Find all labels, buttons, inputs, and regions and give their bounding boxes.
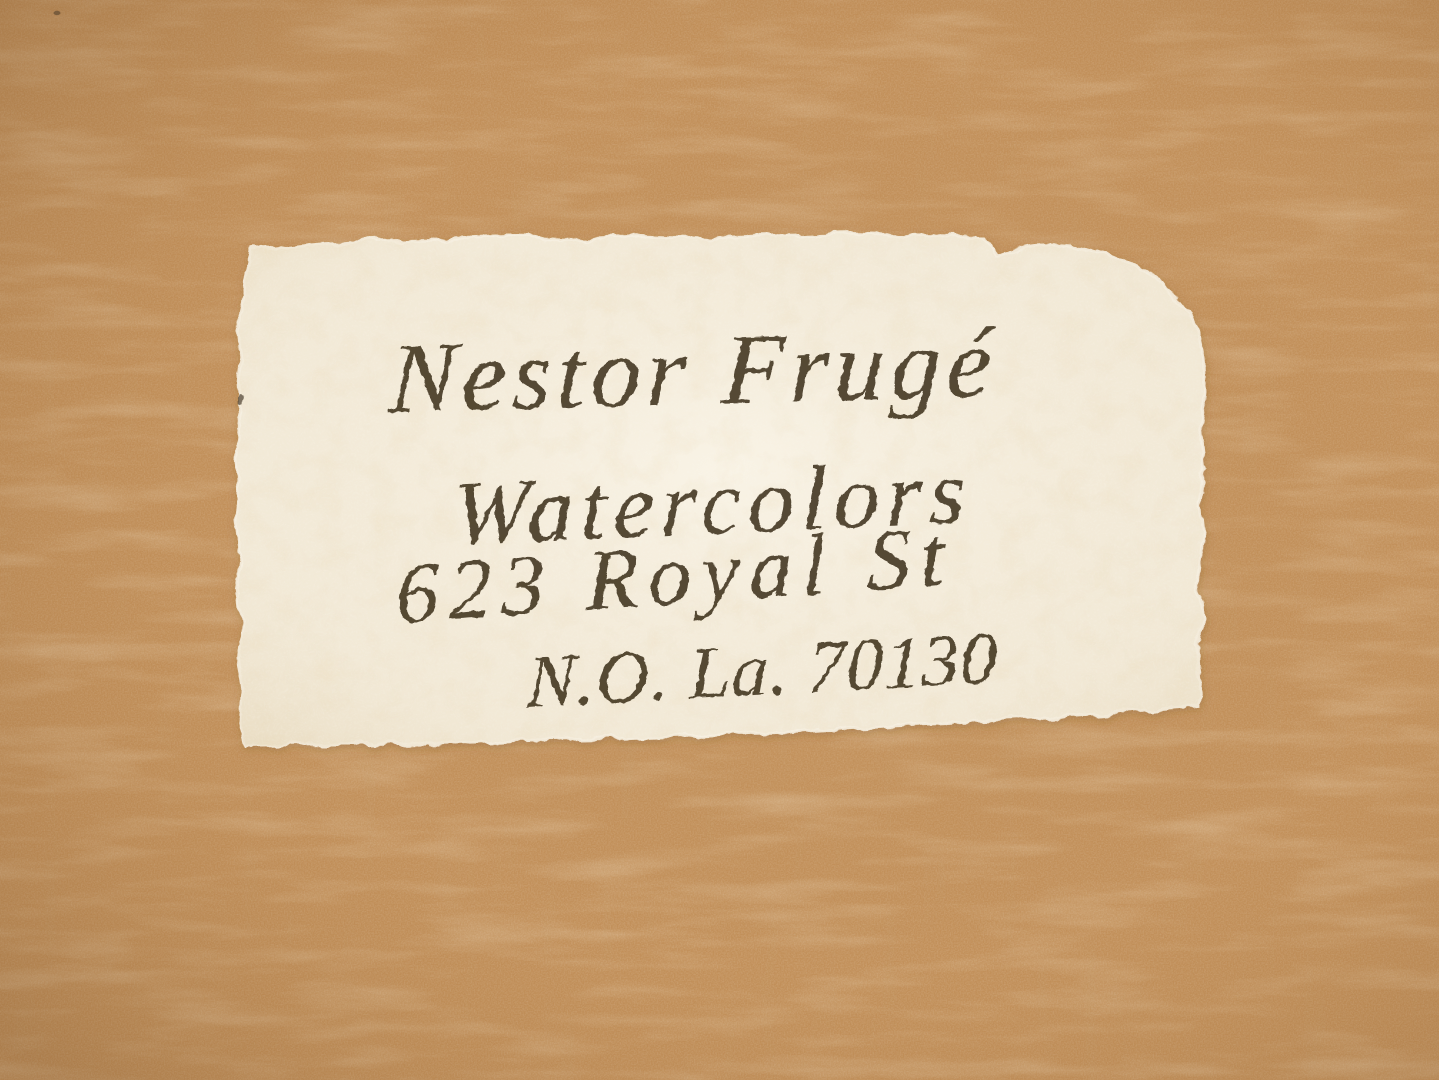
torn-paper-label: Nestor Frugé Watercolors 623 Royal St N.…: [225, 225, 1225, 765]
handwriting-line-artist-name: Nestor Frugé: [386, 307, 1000, 434]
edge-speck: [237, 398, 243, 408]
photograph-of-label-on-kraft-backing: Nestor Frugé Watercolors 623 Royal St N.…: [0, 0, 1439, 1080]
dust-speck: [54, 11, 61, 15]
photo-canvas: Nestor Frugé Watercolors 623 Royal St N.…: [0, 0, 1439, 1080]
